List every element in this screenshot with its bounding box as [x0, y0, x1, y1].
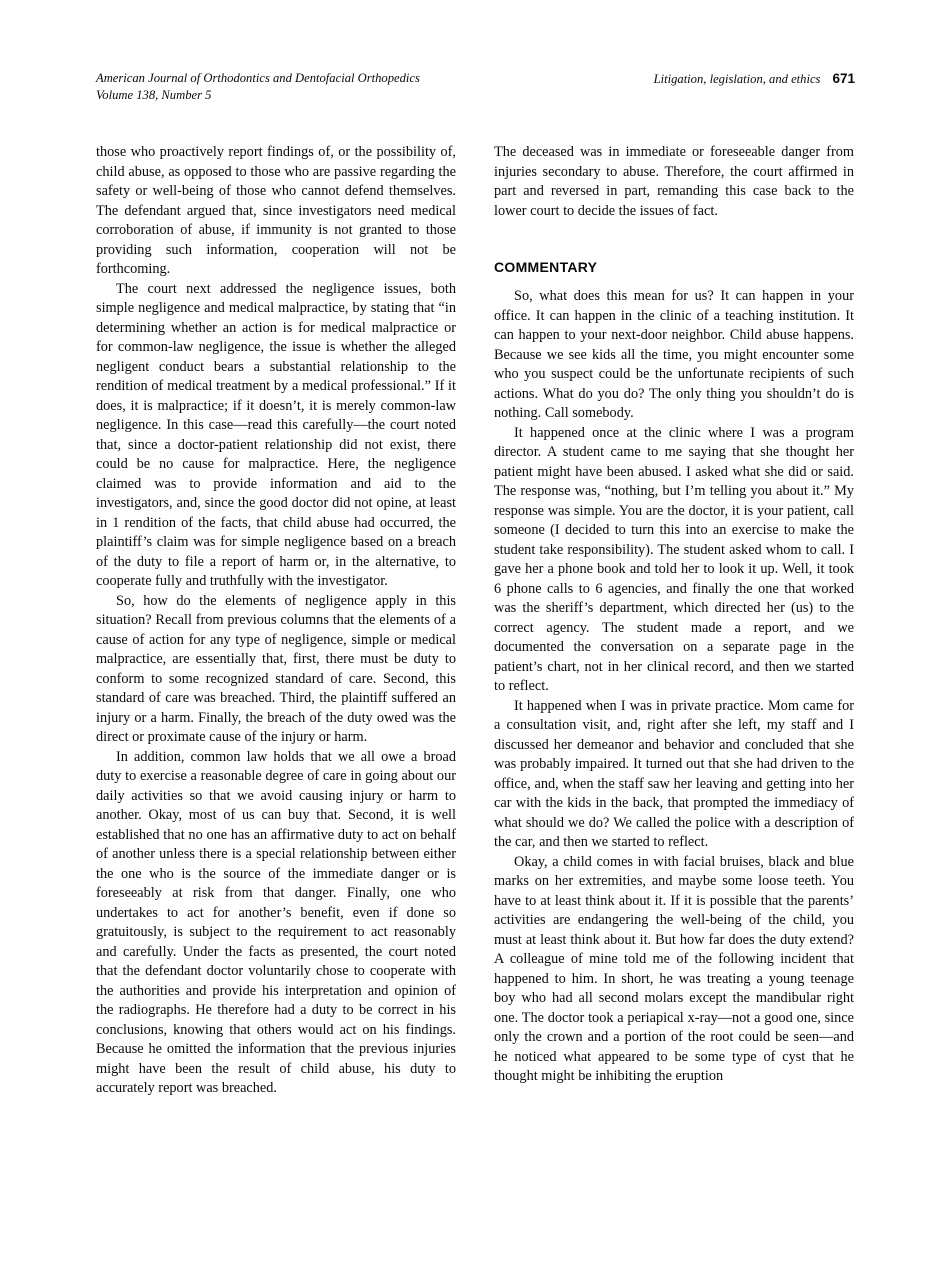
body-paragraph: The deceased was in immediate or foresee…	[494, 143, 854, 221]
running-title: Litigation, legislation, and ethics	[654, 72, 821, 86]
body-paragraph: So, how do the elements of negligence ap…	[96, 592, 456, 748]
body-paragraph: It happened once at the clinic where I w…	[494, 424, 854, 697]
article-body: those who proactively report findings of…	[96, 143, 855, 1099]
body-paragraph: So, what does this mean for us? It can h…	[494, 287, 854, 424]
body-paragraph: It happened when I was in private practi…	[494, 697, 854, 853]
page-header: American Journal of Orthodontics and Den…	[96, 70, 855, 104]
right-column: The deceased was in immediate or foresee…	[494, 143, 854, 1099]
journal-identification: American Journal of Orthodontics and Den…	[96, 70, 420, 104]
journal-title: American Journal of Orthodontics and Den…	[96, 70, 420, 87]
body-paragraph: In addition, common law holds that we al…	[96, 748, 456, 1099]
body-paragraph: Okay, a child comes in with facial bruis…	[494, 853, 854, 1087]
page-number: 671	[832, 71, 855, 86]
body-paragraph: those who proactively report findings of…	[96, 143, 456, 280]
journal-page: American Journal of Orthodontics and Den…	[0, 0, 950, 1272]
body-paragraph: The court next addressed the negligence …	[96, 280, 456, 592]
commentary-section-heading: COMMENTARY	[494, 259, 854, 275]
volume-number-line: Volume 138, Number 5	[96, 87, 420, 104]
left-column: those who proactively report findings of…	[96, 143, 456, 1099]
running-head: Litigation, legislation, and ethics671	[654, 70, 855, 88]
